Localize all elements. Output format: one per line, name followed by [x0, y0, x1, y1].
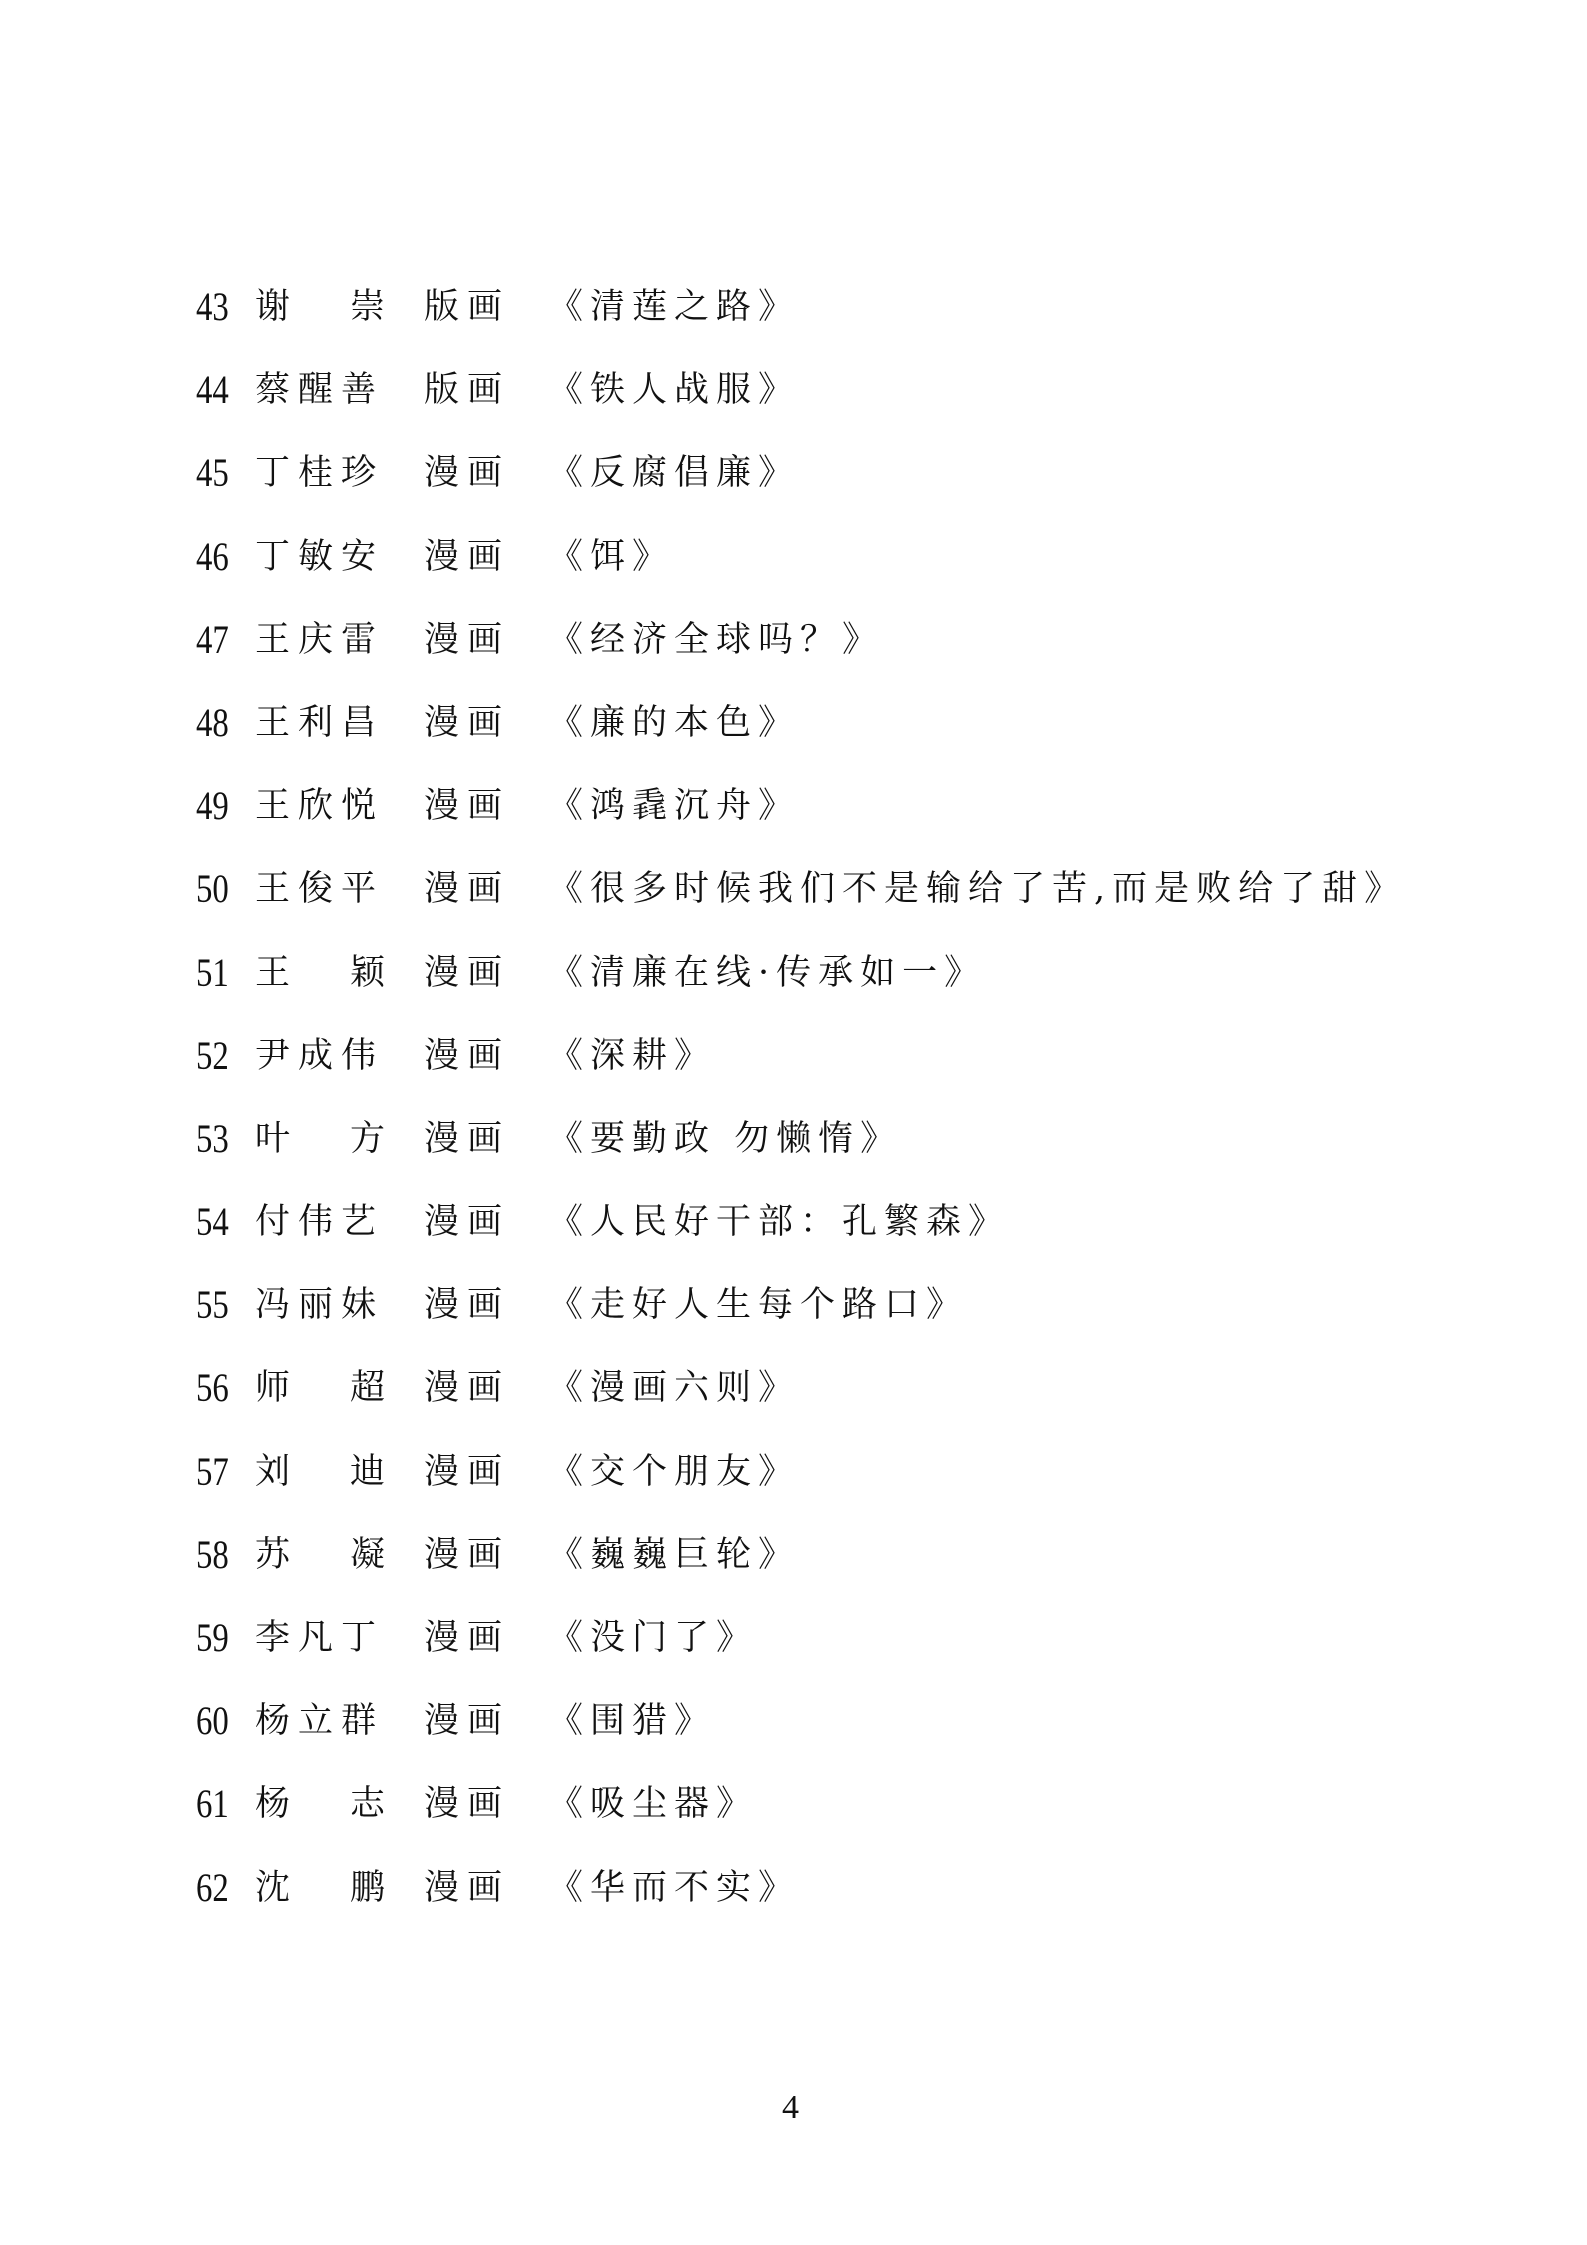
author-name-part: 超 — [350, 1364, 385, 1412]
entry-author: 师超 — [255, 1364, 385, 1412]
author-name-part: 志 — [350, 1780, 385, 1828]
list-item: 56师超漫画《漫画六则》 — [0, 1364, 1587, 1447]
list-item: 46丁敏安漫画《饵》 — [0, 533, 1587, 616]
entry-author: 付伟艺 — [255, 1198, 385, 1246]
entry-title: 《鸿毳沉舟》 — [548, 782, 800, 830]
entry-category: 漫画 — [424, 1780, 510, 1828]
author-name-part: 王欣悦 — [255, 782, 384, 830]
entry-author: 谢崇 — [255, 283, 385, 331]
entry-category: 漫画 — [424, 1115, 510, 1163]
entry-title: 《要勤政 勿懒惰》 — [548, 1115, 902, 1163]
list-item: 59李凡丁漫画《没门了》 — [0, 1614, 1587, 1697]
entry-category: 漫画 — [424, 1281, 510, 1329]
entry-author: 王庆雷 — [255, 616, 385, 664]
entry-title: 《很多时候我们不是输给了苦,而是败给了甜》 — [548, 865, 1406, 913]
entry-category: 漫画 — [424, 949, 510, 997]
author-name-part: 迪 — [350, 1448, 385, 1496]
entry-title: 《清廉在线·传承如一》 — [548, 949, 986, 997]
entry-category: 漫画 — [424, 1864, 510, 1912]
entry-author: 杨立群 — [255, 1697, 385, 1745]
entry-title: 《华而不实》 — [548, 1864, 800, 1912]
author-name-part: 方 — [350, 1115, 385, 1163]
entry-author: 王欣悦 — [255, 782, 385, 830]
entry-category: 漫画 — [424, 1448, 510, 1496]
list-item: 61杨志漫画《吸尘器》 — [0, 1780, 1587, 1863]
entry-author: 苏凝 — [255, 1531, 385, 1579]
author-name-part: 王 — [255, 949, 290, 997]
author-name-part: 凝 — [350, 1531, 385, 1579]
entry-number: 61 — [196, 1780, 229, 1828]
entry-title: 《清莲之路》 — [548, 283, 800, 331]
entry-number: 55 — [196, 1281, 229, 1329]
entry-number: 44 — [196, 366, 229, 414]
entry-category: 漫画 — [424, 449, 510, 497]
entry-author: 王利昌 — [255, 699, 385, 747]
entry-author: 蔡醒善 — [255, 366, 385, 414]
author-name-part: 鹏 — [350, 1864, 385, 1912]
entry-title: 《走好人生每个路口》 — [548, 1281, 968, 1329]
list-item: 60杨立群漫画《围猎》 — [0, 1697, 1587, 1780]
entry-number: 45 — [196, 449, 229, 497]
entry-number: 51 — [196, 949, 229, 997]
list-item: 43谢崇版画《清莲之路》 — [0, 283, 1587, 366]
list-item: 47王庆雷漫画《经济全球吗？》 — [0, 616, 1587, 699]
author-name-part: 崇 — [350, 283, 385, 331]
page-number: 4 — [782, 2088, 799, 2128]
author-name-part: 王利昌 — [255, 699, 384, 747]
author-name-part: 颖 — [350, 949, 385, 997]
entry-number: 57 — [196, 1448, 229, 1496]
author-name-part: 杨 — [255, 1780, 290, 1828]
entry-category: 版画 — [424, 366, 510, 414]
entry-number: 62 — [196, 1864, 229, 1912]
entry-number: 49 — [196, 782, 229, 830]
entry-author: 沈鹏 — [255, 1864, 385, 1912]
entry-title: 《围猎》 — [548, 1697, 716, 1745]
author-name-part: 李凡丁 — [255, 1614, 384, 1662]
list-item: 51王颖漫画《清廉在线·传承如一》 — [0, 949, 1587, 1032]
author-name-part: 沈 — [255, 1864, 290, 1912]
list-item: 53叶方漫画《要勤政 勿懒惰》 — [0, 1115, 1587, 1198]
list-item: 55冯丽妹漫画《走好人生每个路口》 — [0, 1281, 1587, 1364]
entry-number: 46 — [196, 533, 229, 581]
entry-category: 漫画 — [424, 616, 510, 664]
entry-number: 58 — [196, 1531, 229, 1579]
entry-category: 漫画 — [424, 782, 510, 830]
entry-title: 《饵》 — [548, 533, 674, 581]
entry-author: 叶方 — [255, 1115, 385, 1163]
list-item: 44蔡醒善版画《铁人战服》 — [0, 366, 1587, 449]
entry-title: 《深耕》 — [548, 1032, 716, 1080]
entry-author: 杨志 — [255, 1780, 385, 1828]
list-item: 54付伟艺漫画《人民好干部：孔繁森》 — [0, 1198, 1587, 1281]
entry-category: 漫画 — [424, 1364, 510, 1412]
list-item: 48王利昌漫画《廉的本色》 — [0, 699, 1587, 782]
entry-author: 冯丽妹 — [255, 1281, 385, 1329]
entry-title: 《吸尘器》 — [548, 1780, 758, 1828]
entry-category: 漫画 — [424, 1032, 510, 1080]
entry-number: 47 — [196, 616, 229, 664]
list-item: 52尹成伟漫画《深耕》 — [0, 1032, 1587, 1115]
entry-title: 《经济全球吗？》 — [548, 616, 884, 664]
entry-author: 王俊平 — [255, 865, 385, 913]
entry-title: 《廉的本色》 — [548, 699, 800, 747]
entry-category: 版画 — [424, 283, 510, 331]
entry-title: 《巍巍巨轮》 — [548, 1531, 800, 1579]
list-item: 45丁桂珍漫画《反腐倡廉》 — [0, 449, 1587, 532]
author-name-part: 王俊平 — [255, 865, 384, 913]
entry-category: 漫画 — [424, 1614, 510, 1662]
entry-title: 《铁人战服》 — [548, 366, 800, 414]
entry-author: 丁敏安 — [255, 533, 385, 581]
entry-number: 50 — [196, 865, 229, 913]
entry-author: 尹成伟 — [255, 1032, 385, 1080]
entry-number: 59 — [196, 1614, 229, 1662]
entry-author: 王颖 — [255, 949, 385, 997]
entry-number: 54 — [196, 1198, 229, 1246]
entry-number: 60 — [196, 1697, 229, 1745]
entry-category: 漫画 — [424, 1531, 510, 1579]
entry-number: 53 — [196, 1115, 229, 1163]
author-name-part: 杨立群 — [255, 1697, 384, 1745]
entry-list: 43谢崇版画《清莲之路》44蔡醒善版画《铁人战服》45丁桂珍漫画《反腐倡廉》46… — [0, 283, 1587, 1947]
author-name-part: 谢 — [255, 283, 290, 331]
author-name-part: 叶 — [255, 1115, 290, 1163]
author-name-part: 苏 — [255, 1531, 290, 1579]
list-item: 50王俊平漫画《很多时候我们不是输给了苦,而是败给了甜》 — [0, 865, 1587, 948]
entry-category: 漫画 — [424, 1697, 510, 1745]
entry-author: 丁桂珍 — [255, 449, 385, 497]
list-item: 57刘迪漫画《交个朋友》 — [0, 1448, 1587, 1531]
entry-number: 48 — [196, 699, 229, 747]
entry-author: 刘迪 — [255, 1448, 385, 1496]
entry-title: 《人民好干部：孔繁森》 — [548, 1198, 1010, 1246]
entry-number: 43 — [196, 283, 229, 331]
author-name-part: 付伟艺 — [255, 1198, 384, 1246]
entry-author: 李凡丁 — [255, 1614, 385, 1662]
author-name-part: 蔡醒善 — [255, 366, 384, 414]
entry-category: 漫画 — [424, 865, 510, 913]
entry-title: 《交个朋友》 — [548, 1448, 800, 1496]
author-name-part: 刘 — [255, 1448, 290, 1496]
author-name-part: 丁敏安 — [255, 533, 384, 581]
entry-number: 56 — [196, 1364, 229, 1412]
entry-category: 漫画 — [424, 1198, 510, 1246]
entry-category: 漫画 — [424, 533, 510, 581]
entry-title: 《没门了》 — [548, 1614, 758, 1662]
entry-number: 52 — [196, 1032, 229, 1080]
author-name-part: 王庆雷 — [255, 616, 384, 664]
list-item: 58苏凝漫画《巍巍巨轮》 — [0, 1531, 1587, 1614]
list-item: 49王欣悦漫画《鸿毳沉舟》 — [0, 782, 1587, 865]
author-name-part: 冯丽妹 — [255, 1281, 384, 1329]
list-item: 62沈鹏漫画《华而不实》 — [0, 1864, 1587, 1947]
entry-title: 《漫画六则》 — [548, 1364, 800, 1412]
entry-title: 《反腐倡廉》 — [548, 449, 800, 497]
author-name-part: 尹成伟 — [255, 1032, 384, 1080]
entry-category: 漫画 — [424, 699, 510, 747]
author-name-part: 师 — [255, 1364, 290, 1412]
author-name-part: 丁桂珍 — [255, 449, 384, 497]
